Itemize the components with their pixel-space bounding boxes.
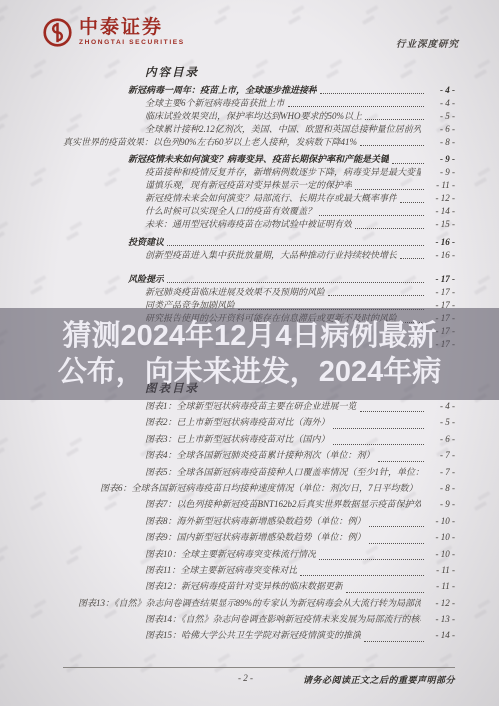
watermark-mark xyxy=(30,69,43,79)
dot-leader xyxy=(360,411,424,412)
figure-row-page-number: - 10 - xyxy=(427,514,455,529)
dot-leader xyxy=(346,592,424,593)
figure-row-page-number: - 12 - xyxy=(427,596,455,611)
report-header: 中泰证券 ZHONGTAI SECURITIES 行业深度研究 xyxy=(0,0,499,60)
dot-leader xyxy=(360,145,424,146)
figure-row-page-number: - 5 - xyxy=(427,415,455,430)
toc-row-page-number: - 8 - xyxy=(427,136,455,149)
figure-row-page-number: - 10 - xyxy=(427,530,455,545)
watermark-mark xyxy=(0,663,5,673)
watermark-mark xyxy=(104,69,117,79)
brand-text: 中泰证券 ZHONGTAI SECURITIES xyxy=(79,17,185,46)
watermark-mark xyxy=(362,663,375,673)
toc-row-label: 谨慎乐观，现有新冠疫苗对变异株显示一定的保护率 xyxy=(145,179,352,192)
figure-row-label: 图表13：《自然》杂志问卷调查结果显示89%的专家认为新冠病毒会从大流行转为局部… xyxy=(78,596,421,611)
toc-row-page-number: - 12 - xyxy=(427,192,455,205)
watermark-mark xyxy=(474,69,487,79)
toc-row: 全球累计接种2.12亿剂次，美国、中国、欧盟和英国总接种量位居前列- 6 - xyxy=(145,122,455,135)
watermark-mark xyxy=(400,69,413,79)
report-type-label: 行业深度研究 xyxy=(396,36,459,50)
overlay-banner: 猜测2024年12月4日病例最新 公布，向未来进发，2024年病 xyxy=(0,308,499,400)
toc-row: 谨慎乐观，现有新冠疫苗对变异株显示一定的保护率- 11 - xyxy=(145,179,455,192)
dot-leader xyxy=(167,282,424,283)
dot-leader xyxy=(378,461,424,462)
figure-row-label: 图表2：已上市新型冠状病毒疫苗对比（海外） xyxy=(145,415,330,430)
figure-row-label: 图表7：以色列接种新冠疫苗BNT162b2后真实世界数据显示疫苗保护效果 xyxy=(145,497,421,512)
toc-row: 风险提示- 17 - xyxy=(128,272,455,285)
dot-leader xyxy=(355,228,424,229)
watermark-mark xyxy=(66,663,79,673)
toc-row-label: 新冠疫情未来会如何演变？局部流行、长期共存或最大概率事件 xyxy=(145,192,397,205)
dot-leader xyxy=(333,444,424,445)
figure-row-page-number: - 6 - xyxy=(427,432,455,447)
dot-leader xyxy=(369,526,424,527)
figure-row: 图表11：全球主要新冠病毒突变株对比- 11 - xyxy=(145,562,455,578)
toc-row: 真实世界的疫苗效果：以色列90%左右60岁以上老人接种，发病数下降41%- 8 … xyxy=(63,135,455,148)
figure-row: 图表2：已上市新型冠状病毒疫苗对比（海外）- 5 - xyxy=(145,414,455,430)
figure-row-label: 图表4：全球各国新冠肺炎疫苗累计接种剂次（单位：剂） xyxy=(145,448,375,463)
figure-row-label: 图表5：全球各国新冠病毒疫苗接种人口覆盖率情况（至少1针，单位：%） xyxy=(145,465,421,480)
dot-leader xyxy=(369,543,424,544)
dot-leader xyxy=(400,258,424,259)
figure-row-page-number: - 11 - xyxy=(427,579,455,594)
figure-row: 图表15：哈佛大学公共卫生学院对新冠疫情演变的推演- 14 - xyxy=(145,627,455,643)
dot-leader xyxy=(364,641,424,642)
watermark-mark xyxy=(288,663,301,673)
zhongtai-logo-icon xyxy=(42,17,73,48)
toc-row: 全球主要6个新冠病毒疫苗获批上市- 4 - xyxy=(145,96,455,109)
figure-row-label: 图表1：全球新型冠状病毒疫苗主要在研企业进展一览 xyxy=(145,399,357,414)
toc-row: 未来：通用型冠状病毒疫苗在动物试验中被证明有效- 15 - xyxy=(145,218,455,231)
overlay-banner-line2: 公布，向未来进发，2024年病 xyxy=(58,354,442,390)
watermark-mark xyxy=(326,69,339,79)
toc-row-label: 新冠病毒一周年：疫苗上市，全球逐步推进接种 xyxy=(128,84,317,97)
figure-row-page-number: - 4 - xyxy=(427,399,455,414)
figure-row: 图表8：海外新型冠状病毒新增感染数趋势（单位：例）- 10 - xyxy=(145,513,455,529)
dot-leader xyxy=(355,189,424,190)
figure-row-page-number: - 11 - xyxy=(427,563,455,578)
dot-leader xyxy=(319,559,424,560)
toc-row: 新冠病毒一周年：疫苗上市，全球逐步推进接种- 4 - xyxy=(128,83,455,96)
toc-row-label: 风险提示 xyxy=(128,273,164,286)
dot-leader xyxy=(392,163,424,164)
figure-row: 图表1：全球新型冠状病毒疫苗主要在研企业进展一览- 4 - xyxy=(145,398,455,414)
toc-title: 内容目录 xyxy=(145,64,199,80)
toc-row-page-number: - 14 - xyxy=(427,205,455,218)
toc-row-page-number: - 16 - xyxy=(427,236,455,249)
toc-row-label: 未来：通用型冠状病毒疫苗在动物试验中被证明有效 xyxy=(145,218,352,231)
toc-row-page-number: - 17 - xyxy=(427,286,455,299)
brand-name-cn: 中泰证券 xyxy=(79,17,185,38)
toc-row-page-number: - 6 - xyxy=(427,123,455,136)
toc-row-page-number: - 4 - xyxy=(427,97,455,110)
dot-leader xyxy=(333,428,424,429)
toc-row: 新冠疫情未来会如何演变？局部流行、长期共存或最大概率事件- 12 - xyxy=(145,192,455,205)
figure-row-label: 图表11：全球主要新冠病毒突变株对比 xyxy=(145,563,297,578)
toc-row-label: 投资建议 xyxy=(128,236,164,249)
watermark-mark xyxy=(214,663,227,673)
toc-row-page-number: - 16 - xyxy=(427,249,455,262)
figure-row: 图表6：全球各国新冠病毒疫苗日均接种速度情况（单位：剂次/日，7日平均数）- 8… xyxy=(100,480,455,496)
toc-row-label: 新冠疫情未来如何演变？病毒变异、疫苗长期保护率和产能是关键 xyxy=(128,153,389,166)
toc-row-label: 创新型疫苗进入集中获批放量期，大品种推动行业持续较快增长 xyxy=(145,249,397,262)
figure-row: 图表10：全球主要新冠病毒突变株流行情况- 10 - xyxy=(145,546,455,562)
figure-row-label: 图表12：新冠病毒疫苗针对变异株的临床数据更新 xyxy=(145,579,343,594)
watermark-mark xyxy=(436,663,449,673)
footer-disclaimer-notice: 请务必阅读正文之后的重要声明部分 xyxy=(303,673,455,686)
toc-row-page-number: - 4 - xyxy=(427,84,455,97)
figure-row-label: 图表9：国内新型冠状病毒新增感染数趋势（单位：例） xyxy=(145,530,366,545)
figure-row: 图表13：《自然》杂志问卷调查结果显示89%的专家认为新冠病毒会从大流行转为局部… xyxy=(78,595,455,611)
figures-list: 图表1：全球新型冠状病毒疫苗主要在研企业进展一览- 4 -图表2：已上市新型冠状… xyxy=(0,398,499,644)
brand-name-en: ZHONGTAI SECURITIES xyxy=(79,39,185,46)
toc-row: 疫苗接种和疫情反复并存，新增病例数逐步下降，病毒变异是最大变量- 9 - xyxy=(145,166,455,179)
footer-page-number: - 2 - xyxy=(238,673,253,683)
figure-row: 图表3：已上市新型冠状病毒疫苗对比（国内）- 6 - xyxy=(145,431,455,447)
toc-row: 创新型疫苗进入集中获批放量期，大品种推动行业持续较快增长- 16 - xyxy=(145,248,455,261)
toc-row-label: 新冠肺炎疫苗临床进展及效果不及预期的风险 xyxy=(145,286,325,299)
toc-row: 新冠疫情未来如何演变？病毒变异、疫苗长期保护率和产能是关键- 9 - xyxy=(128,152,455,165)
figure-row: 图表7：以色列接种新冠疫苗BNT162b2后真实世界数据显示疫苗保护效果- 9 … xyxy=(145,496,455,512)
dot-leader xyxy=(288,106,424,107)
document-page: 中泰证券 ZHONGTAI SECURITIES 行业深度研究 内容目录 新冠病… xyxy=(0,0,499,706)
dot-leader xyxy=(400,202,424,203)
toc-row-label: 临床试验效果突出，保护率均达到WHO要求的50%以上 xyxy=(145,110,362,123)
figure-row: 图表14：《自然》杂志问卷调查影响新冠疫情未来发展为局部流行的核心因素- 13 … xyxy=(145,611,455,627)
dot-leader xyxy=(320,93,424,94)
footer-divider xyxy=(63,667,455,668)
toc-row-page-number: - 15 - xyxy=(427,218,455,231)
figure-row-label: 图表8：海外新型冠状病毒新增感染数趋势（单位：例） xyxy=(145,514,366,529)
figure-row-label: 图表3：已上市新型冠状病毒疫苗对比（国内） xyxy=(145,432,330,447)
figure-row: 图表9：国内新型冠状病毒新增感染数趋势（单位：例）- 10 - xyxy=(145,529,455,545)
figure-row-page-number: - 10 - xyxy=(427,547,455,562)
figure-row-label: 图表15：哈佛大学公共卫生学院对新冠疫情演变的推演 xyxy=(145,628,361,643)
figure-row-page-number: - 9 - xyxy=(427,497,455,512)
brand-logo: 中泰证券 ZHONGTAI SECURITIES xyxy=(42,17,185,48)
figure-row: 图表4：全球各国新冠肺炎疫苗累计接种剂次（单位：剂）- 7 - xyxy=(145,447,455,463)
dot-leader xyxy=(365,119,424,120)
toc-row-label: 真实世界的疫苗效果：以色列90%左右60岁以上老人接种，发病数下降41% xyxy=(63,136,357,149)
toc-row: 临床试验效果突出，保护率均达到WHO要求的50%以上- 5 - xyxy=(145,109,455,122)
toc-row: 投资建议- 16 - xyxy=(128,235,455,248)
figure-row-page-number: - 14 - xyxy=(427,628,455,643)
figure-row: 图表12：新冠病毒疫苗针对变异株的临床数据更新- 11 - xyxy=(145,578,455,594)
figure-row-page-number: - 7 - xyxy=(427,448,455,463)
toc-row-label: 疫苗接种和疫情反复并存，新增病例数逐步下降，病毒变异是最大变量 xyxy=(145,166,421,179)
toc-row-page-number: - 5 - xyxy=(427,110,455,123)
watermark-mark xyxy=(140,663,153,673)
figure-row-label: 图表14：《自然》杂志问卷调查影响新冠疫情未来发展为局部流行的核心因素 xyxy=(145,612,421,627)
dot-leader xyxy=(300,575,424,576)
figure-row-page-number: - 13 - xyxy=(427,612,455,627)
figure-row-page-number: - 7 - xyxy=(427,465,455,480)
overlay-banner-line1: 猜测2024年12月4日病例最新 xyxy=(63,318,437,354)
toc-row-label: 全球累计接种2.12亿剂次，美国、中国、欧盟和英国总接种量位居前列 xyxy=(145,123,421,136)
toc-row-page-number: - 9 - xyxy=(427,166,455,179)
figure-row-page-number: - 8 - xyxy=(427,481,455,496)
dot-leader xyxy=(328,295,424,296)
toc-row-page-number: - 9 - xyxy=(427,153,455,166)
toc-row-page-number: - 11 - xyxy=(427,179,455,192)
figure-row-label: 图表6：全球各国新冠病毒疫苗日均接种速度情况（单位：剂次/日，7日平均数） xyxy=(100,481,418,496)
toc-row-page-number: - 17 - xyxy=(427,273,455,286)
dot-leader xyxy=(319,215,424,216)
figure-row-label: 图表10：全球主要新冠病毒突变株流行情况 xyxy=(145,547,316,562)
toc-row: 什么时候可以实现全人口的疫苗有效覆盖？- 14 - xyxy=(145,205,455,218)
dot-leader xyxy=(167,245,424,246)
toc-row-label: 什么时候可以实现全人口的疫苗有效覆盖？ xyxy=(145,205,316,218)
toc-row-label: 全球主要6个新冠病毒疫苗获批上市 xyxy=(145,97,285,110)
toc-row: 新冠肺炎疫苗临床进展及效果不及预期的风险- 17 - xyxy=(145,285,455,298)
watermark-mark xyxy=(252,69,265,79)
figure-row: 图表5：全球各国新冠病毒疫苗接种人口覆盖率情况（至少1针，单位：%）- 7 - xyxy=(145,464,455,480)
